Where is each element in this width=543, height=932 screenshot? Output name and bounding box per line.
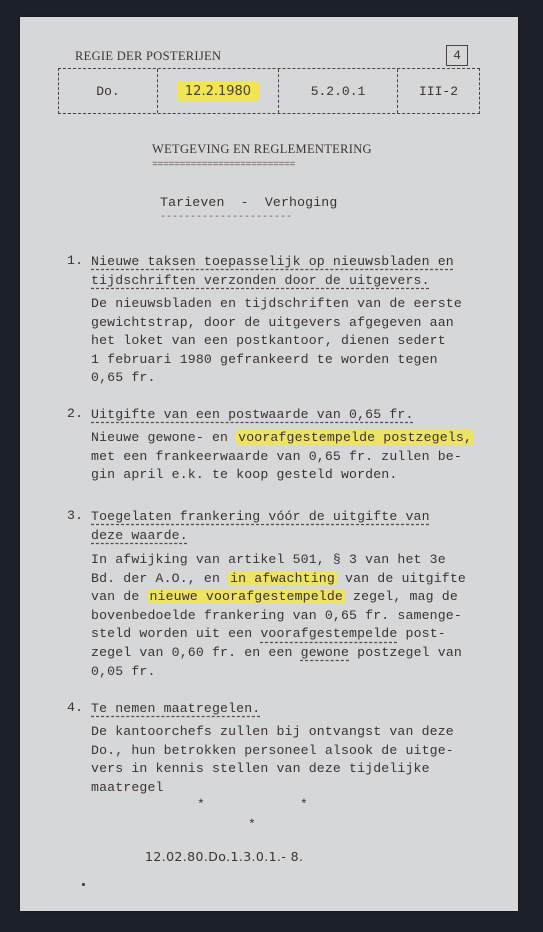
section-body-line: bovenbedoelde frankering van 0,65 fr. sa… <box>91 607 462 626</box>
section-body-line: 0,05 fr. <box>91 663 156 682</box>
title-rule: ========================== <box>152 160 295 171</box>
header-cell-date: 12.2.1980 <box>158 69 279 113</box>
section-heading: deze waarde. <box>91 527 188 546</box>
section-number: 4. <box>67 700 83 715</box>
section-body-line: In afwijking van artikel 501, § 3 van he… <box>91 551 446 570</box>
section-number: 1. <box>67 253 83 268</box>
doc-date: 12.2.1980 <box>177 81 259 102</box>
footer-reference: 12.02.80.Do.1.3.0.1.- 8. <box>145 849 303 864</box>
highlighted-text: in afwachting <box>228 571 337 586</box>
star-ornament: * <box>197 797 205 812</box>
section-heading: Te nemen maatregelen. <box>91 700 260 719</box>
section-body-line: van de nieuwe voorafgestempelde zegel, m… <box>91 588 458 607</box>
underlined-text: voorafgestempelde <box>260 626 397 641</box>
star-ornament: * <box>300 797 308 812</box>
subtitle-rule: ---------------------- <box>160 212 292 223</box>
section-body-line: Do., hun betrokken personeel alsook de u… <box>91 742 454 761</box>
section-body-line: zegel van 0,60 fr. en een gewone postzeg… <box>91 644 462 663</box>
section-heading: Toegelaten frankering vóór de uitgifte v… <box>91 508 430 527</box>
organization-name: REGIE DER POSTERIJEN <box>75 49 221 64</box>
section-body-line: maatregel <box>91 779 164 798</box>
header-reference-box: Do. 12.2.1980 5.2.0.1 III-2 <box>58 68 480 114</box>
section-body-line: Bd. der A.O., en in afwachting van de ui… <box>91 570 466 589</box>
highlighted-text: voorafgestempelde postzegels, <box>236 430 474 445</box>
section-heading: Nieuwe taksen toepasselijk op nieuwsblad… <box>91 253 454 272</box>
section-body-line: 0,65 fr. <box>91 369 156 388</box>
doc-section: III-2 <box>419 84 458 99</box>
document-subtitle: Tarieven - Verhoging <box>160 195 337 210</box>
section-body-line: gin april e.k. te koop gesteld worden. <box>91 466 397 485</box>
doc-type: Do. <box>96 84 119 99</box>
document-title: WETGEVING EN REGLEMENTERING <box>152 142 372 157</box>
header-cell-section: III-2 <box>398 69 479 113</box>
section-body-line: 1 februari 1980 gefrankeerd te worden te… <box>91 351 438 370</box>
section-body-line: vers in kennis stellen van deze tijdelij… <box>91 760 430 779</box>
section-body-line: met een frankeerwaarde van 0,65 fr. zull… <box>91 448 462 467</box>
section-heading: tijdschriften verzonden door de uitgever… <box>91 272 430 291</box>
document-page: REGIE DER POSTERIJEN 4 Do. 12.2.1980 5.2… <box>20 17 518 911</box>
section-number: 3. <box>67 508 83 523</box>
section-heading: Uitgifte van een postwaarde van 0,65 fr. <box>91 406 414 425</box>
section-number: 2. <box>67 406 83 421</box>
section-body-line: Nieuwe gewone- en voorafgestempelde post… <box>91 429 474 448</box>
highlighted-text: nieuwe voorafgestempelde <box>147 589 345 604</box>
page-number: 4 <box>446 45 468 66</box>
star-ornament: * <box>248 817 256 832</box>
underlined-text: gewone <box>301 645 349 660</box>
section-body-line: gewichtstrap, door de uitgevers afgegeve… <box>91 314 454 333</box>
section-body-line: het loket van een postkantoor, dienen se… <box>91 332 446 351</box>
doc-code: 5.2.0.1 <box>311 84 366 99</box>
paper-speck <box>82 883 85 886</box>
header-cell-type: Do. <box>59 69 158 113</box>
section-body-line: De nieuwsbladen en tijdschriften van de … <box>91 295 462 314</box>
section-body-line: steld worden uit een voorafgestempelde p… <box>91 625 446 644</box>
section-body-line: De kantoorchefs zullen bij ontvangst van… <box>91 723 454 742</box>
header-cell-code: 5.2.0.1 <box>279 69 398 113</box>
